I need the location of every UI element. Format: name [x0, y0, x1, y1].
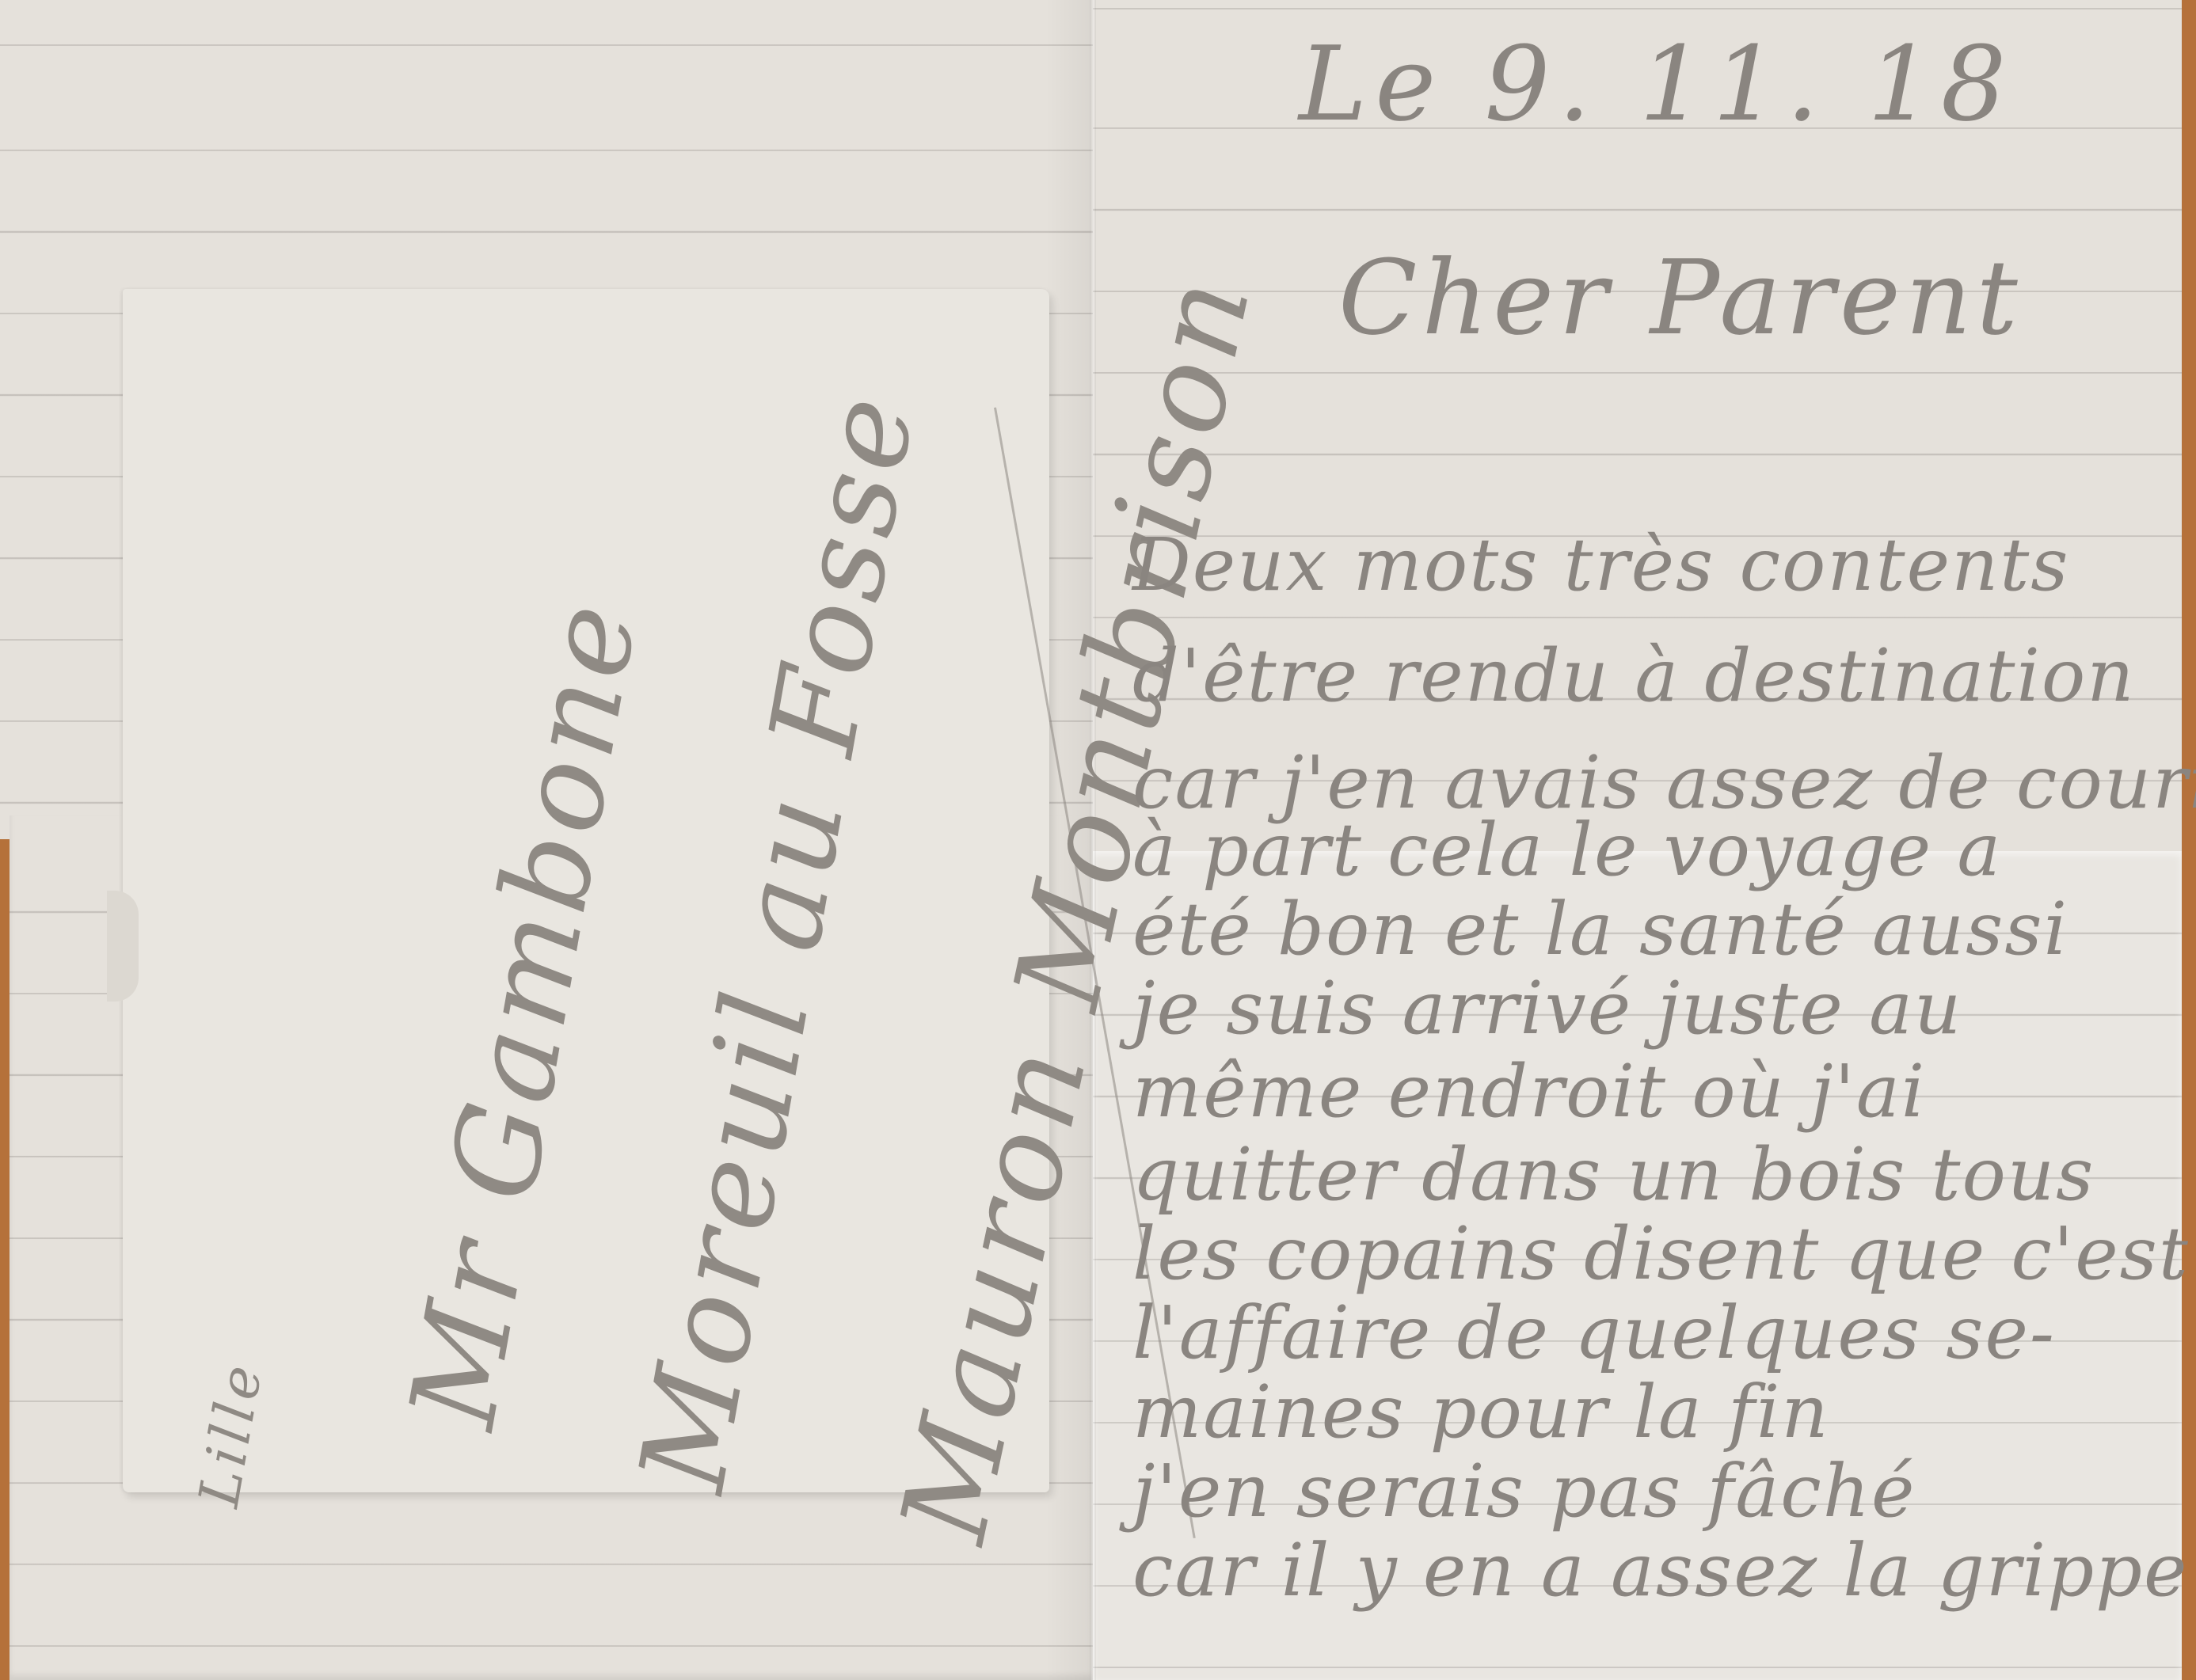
envelope-address-line-2: Moreuil au Fosse [614, 382, 942, 1500]
letter-body-line: à part cela le voyage a [1132, 808, 2002, 892]
envelope: Lille Mr Gambone Moreuil au Fosse Mauron… [123, 289, 1049, 1492]
letter-body-line: été bon et la santé aussi [1132, 887, 2069, 971]
letter-body-line: l'affaire de quelques se- [1132, 1290, 2056, 1375]
letter-body-line: je suis arrivé juste au [1132, 966, 1962, 1051]
letter-salutation: Cher Parent [1338, 238, 2023, 358]
letter-body-line: Deux mots très contents [1132, 523, 2070, 607]
letter-body-line: les copains disent que c'est [1132, 1211, 2190, 1296]
envelope-torn-notch [107, 891, 139, 1002]
letter-body-line: quitter dans un bois tous [1132, 1132, 2095, 1217]
letter-body-line: même endroit où j'ai [1132, 1049, 1926, 1134]
envelope-corner-mark: Lille [186, 1356, 276, 1512]
letter-body-line: maines pour la fin [1132, 1370, 1830, 1454]
envelope-address-line-1: Mr Gambone [384, 590, 665, 1437]
letter-date: Le 9. 11. 18 [1299, 24, 2014, 144]
letter-body-line: d'être rendu à destination [1132, 633, 2136, 718]
letter-body-line: car il y en a assez la grippe [1132, 1528, 2188, 1613]
letter-body-line: j'en serais pas fâché [1132, 1449, 1916, 1534]
